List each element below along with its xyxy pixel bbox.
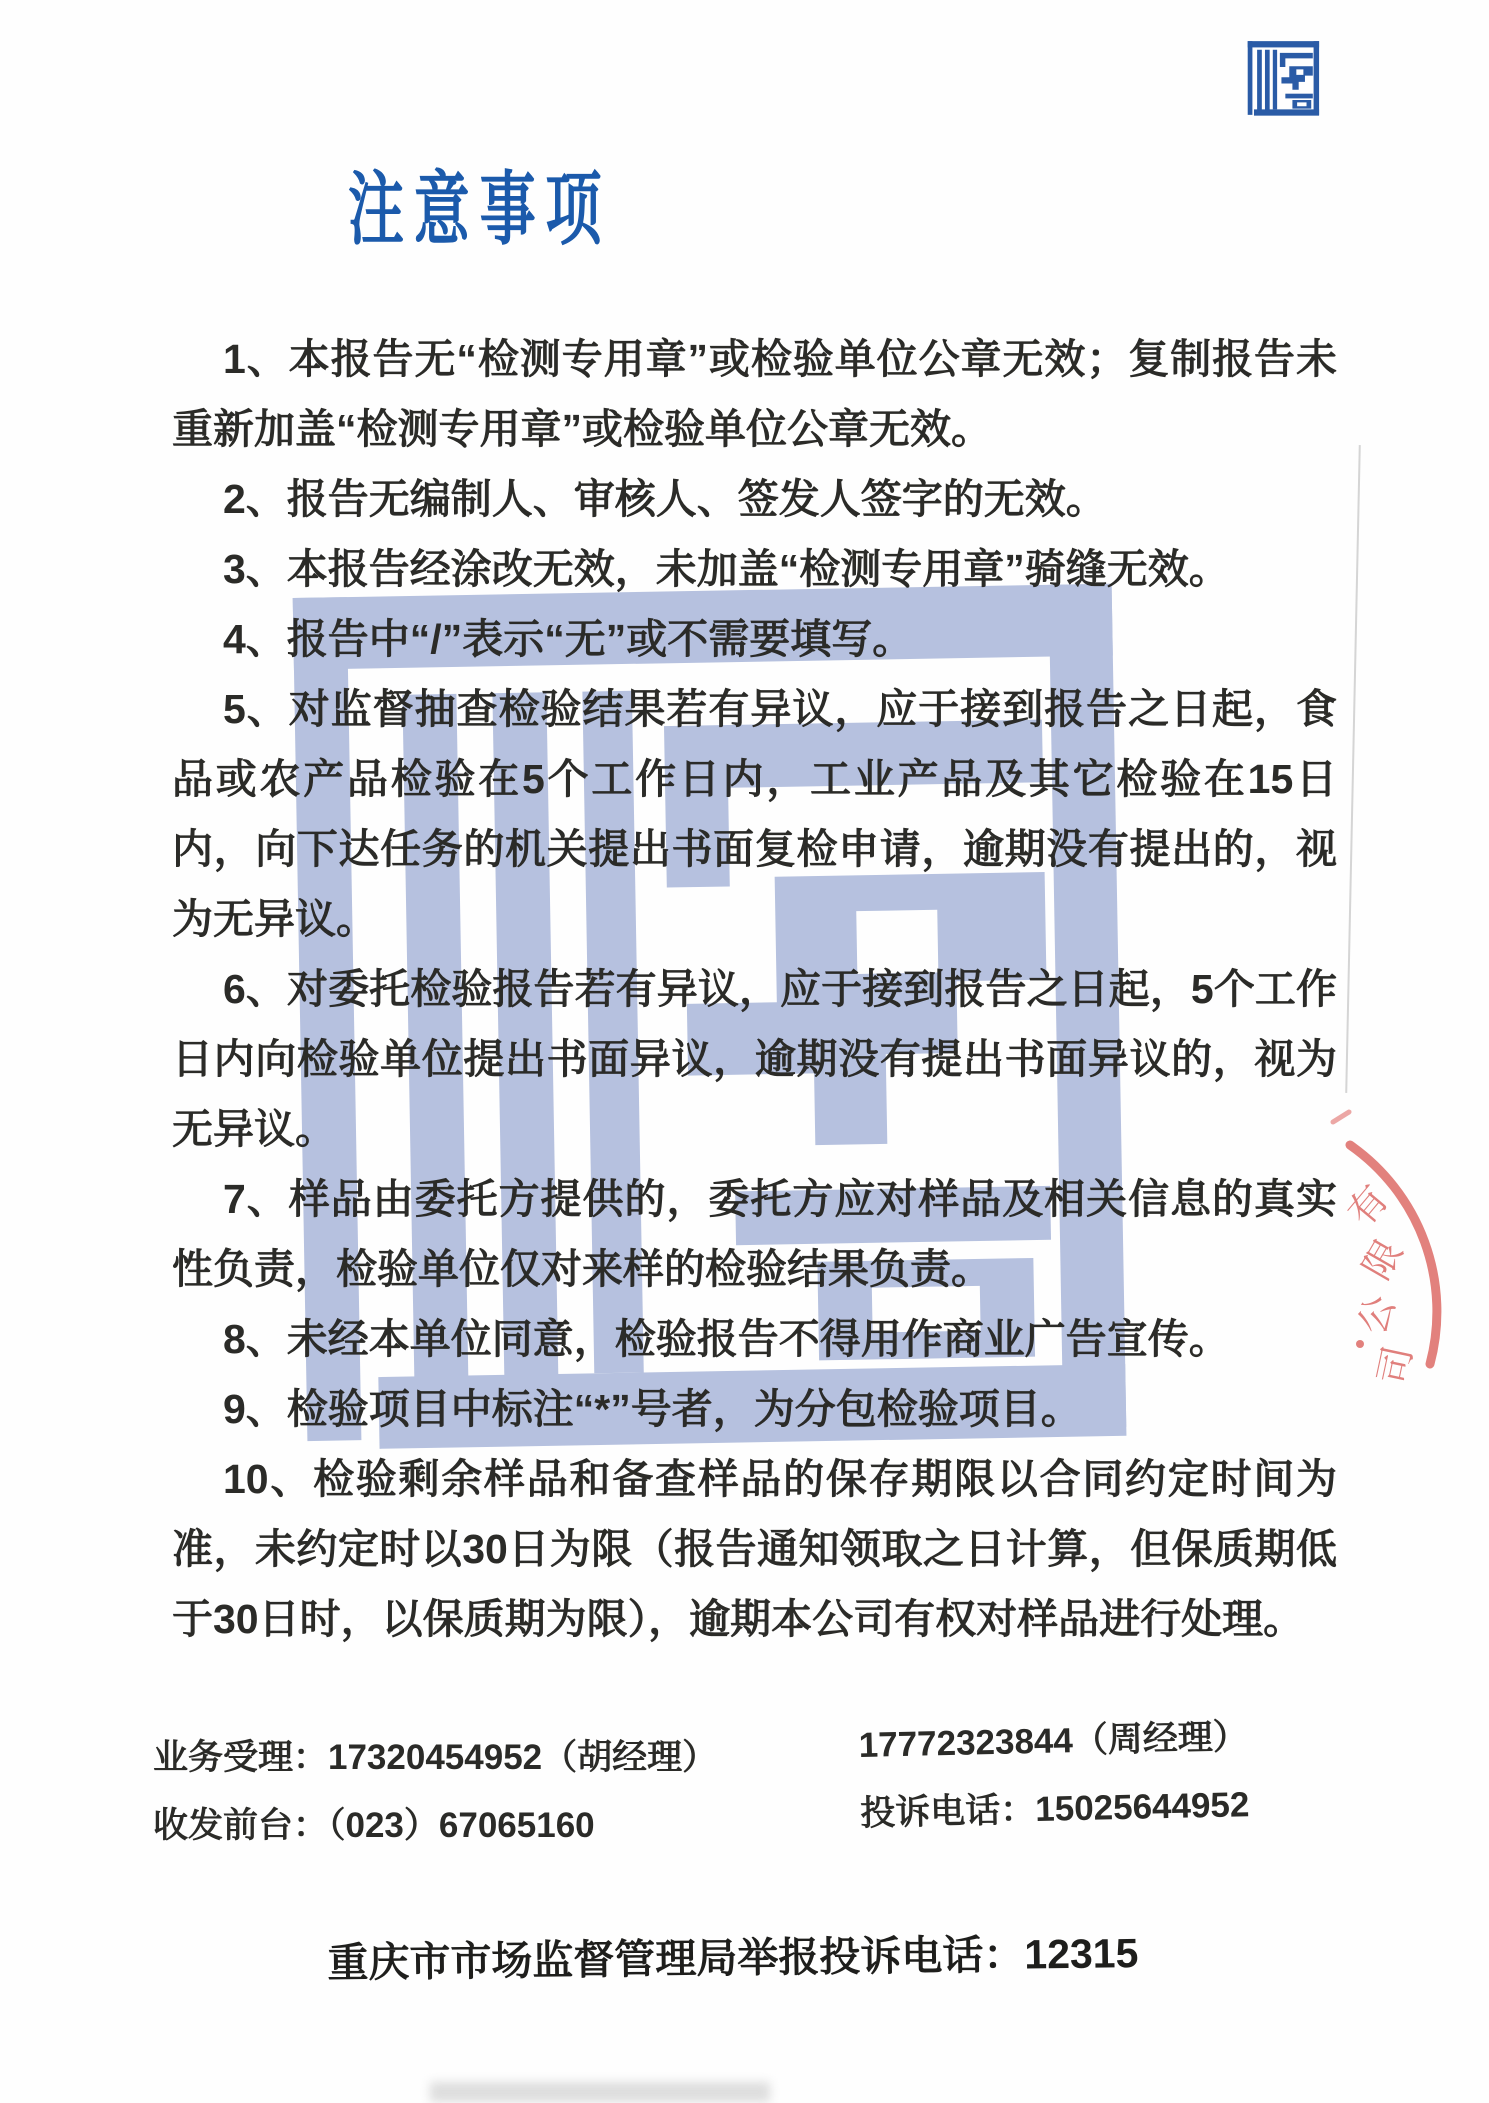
scan-smudge xyxy=(430,2082,770,2102)
contact-column-right: 17772323844（周经理） 投诉电话：15025644952 xyxy=(858,1703,1250,1848)
stamp-char: 公 xyxy=(1351,1290,1403,1340)
stamp-dot xyxy=(1356,1340,1364,1348)
notice-item-3: 3、本报告经涂改无效，未加盖“检测专用章”骑缝无效。 xyxy=(172,534,1337,604)
stamp-mark xyxy=(1333,1112,1349,1122)
notice-item-1: 1、本报告无“检测专用章”或检验单位公章无效；复制报告未重新加盖“检测专用章”或… xyxy=(172,324,1337,464)
notice-item-5: 5、对监督抽查检验结果若有异议，应于接到报告之日起，食品或农产品检验在5个工作日… xyxy=(172,674,1337,954)
notice-item-4: 4、报告中“/”表示“无”或不需要填写。 xyxy=(172,604,1337,674)
contact-business-line: 业务受理：17320454952（胡经理） xyxy=(153,1724,717,1792)
notice-item-6: 6、对委托检验报告若有异议，应于接到报告之日起，5个工作日内向检验单位提出书面异… xyxy=(172,954,1337,1164)
contact-complaint-line: 投诉电话：15025644952 xyxy=(860,1771,1251,1848)
company-seal-logo-icon xyxy=(1243,38,1323,118)
notice-item-2: 2、报告无编制人、审核人、签发人签字的无效。 xyxy=(172,464,1337,534)
page-title: 注意事项 xyxy=(348,168,611,252)
red-company-stamp: 有 限 公 司 xyxy=(1200,1080,1489,1400)
notice-page: 注意事项 1、本报告无“检测专用章”或检验单位公章无效；复制报告未重新加盖“检测… xyxy=(0,0,1489,2103)
contact-column-left: 业务受理：17320454952（胡经理） 收发前台：（023）67065160 xyxy=(153,1724,717,1860)
stamp-char: 司 xyxy=(1372,1343,1421,1389)
notice-item-9: 9、检验项目中标注“*”号者，为分包检验项目。 xyxy=(172,1374,1337,1444)
notice-item-10: 10、检验剩余样品和备查样品的保存期限以合同约定时间为准，未约定时以30日为限（… xyxy=(172,1444,1337,1654)
notice-item-8: 8、未经本单位同意，检验报告不得用作商业广告宣传。 xyxy=(172,1304,1337,1374)
footer-hotline: 重庆市市场监督管理局举报投诉电话：12315 xyxy=(327,1920,1139,1989)
scan-artifact-line xyxy=(1345,445,1361,1093)
notice-item-7: 7、样品由委托方提供的，委托方应对样品及相关信息的真实性负责，检验单位仅对来样的… xyxy=(172,1164,1337,1304)
contact-manager-line: 17772323844（周经理） xyxy=(858,1703,1249,1780)
stamp-char: 限 xyxy=(1356,1233,1411,1287)
contact-frontdesk-line: 收发前台：（023）67065160 xyxy=(153,1792,717,1860)
notice-list: 1、本报告无“检测专用章”或检验单位公章无效；复制报告未重新加盖“检测专用章”或… xyxy=(172,324,1337,1654)
